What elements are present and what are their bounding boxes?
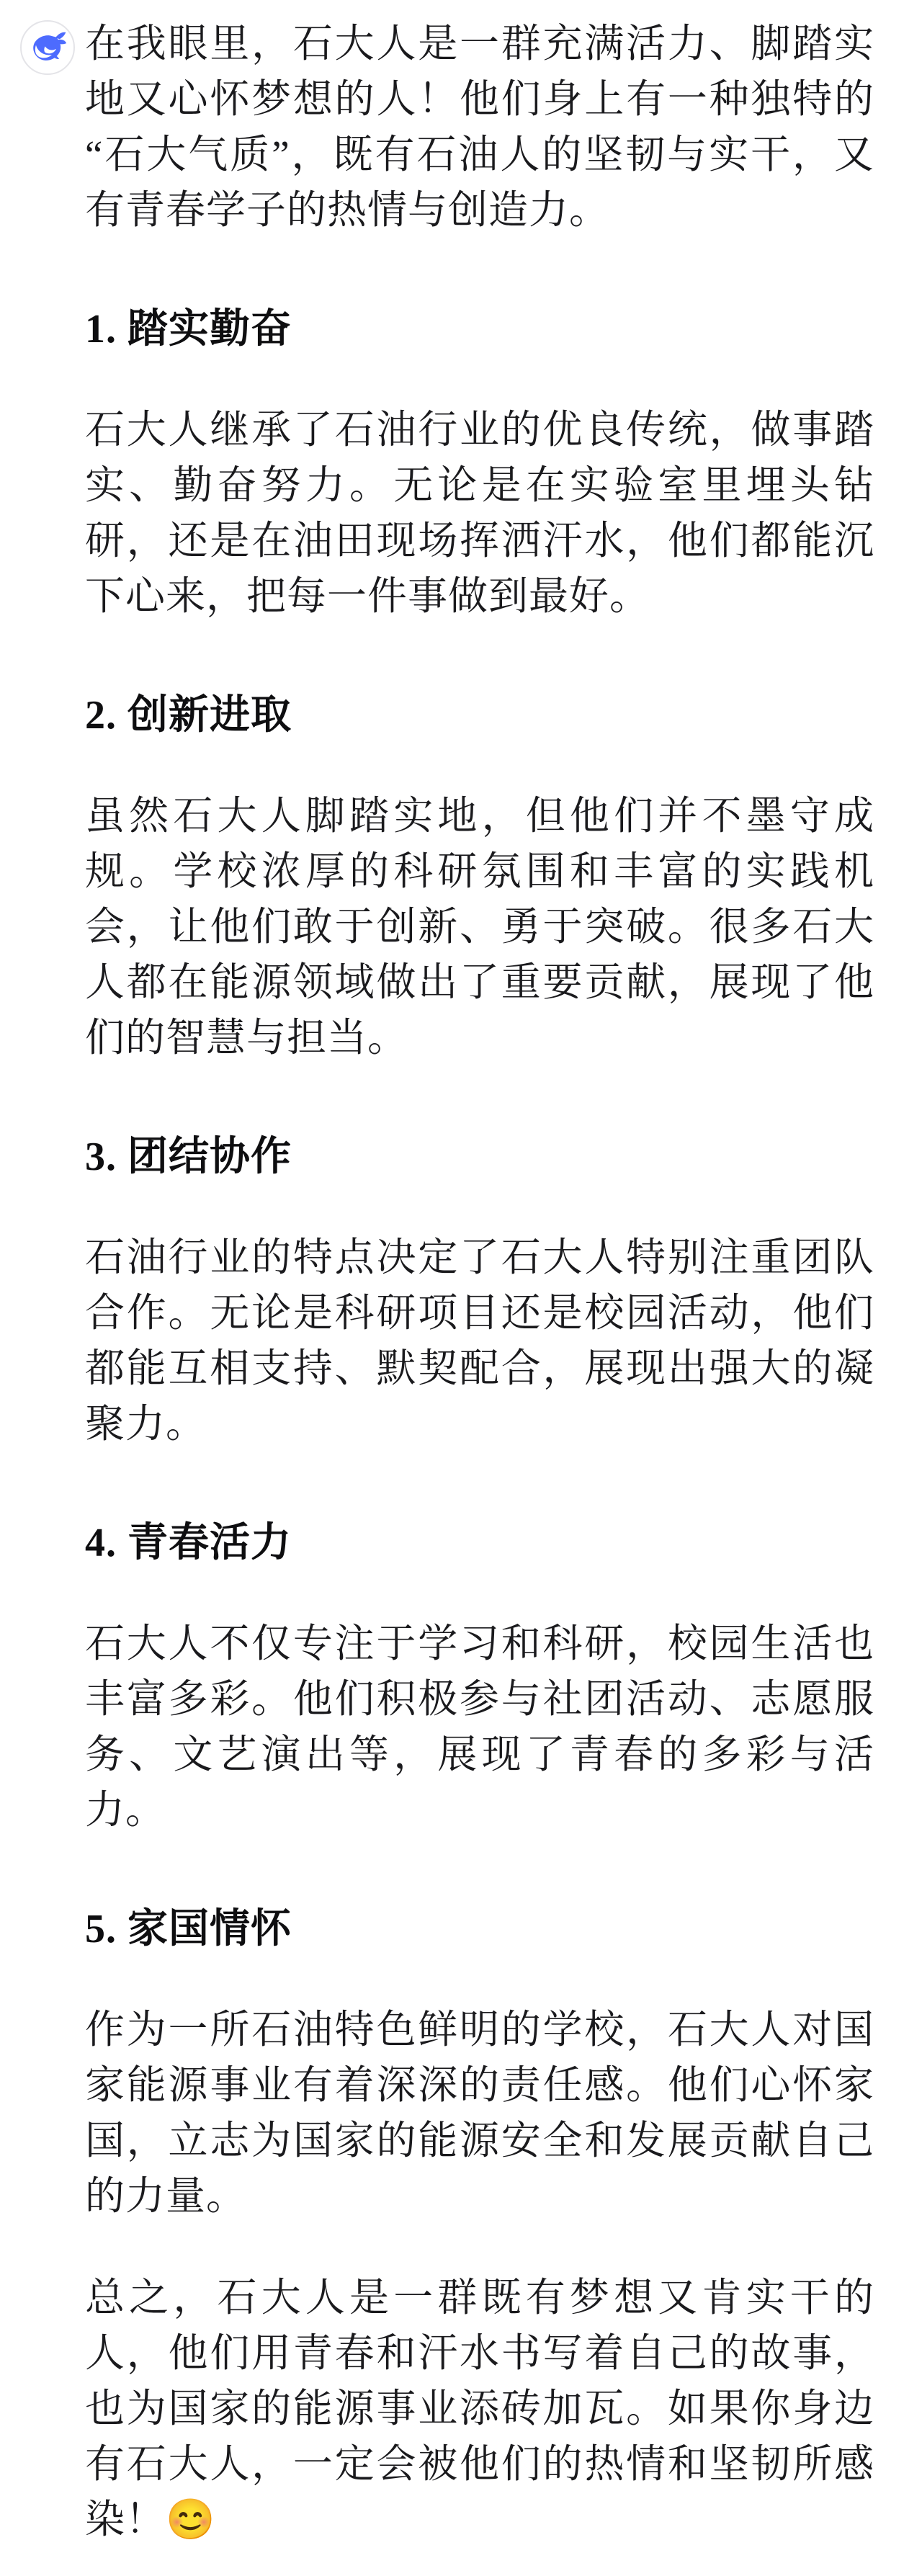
section-heading: 1. 踏实勤奋 xyxy=(85,304,874,354)
message-paragraph: 虽然石大人脚踏实地，但他们并不墨守成规。学校浓厚的科研氛围和丰富的实践机会，让他… xyxy=(85,788,874,1065)
chat-page: 在我眼里，石大人是一群充满活力、脚踏实地又心怀梦想的人！他们身上有一种独特的“石… xyxy=(0,0,922,2576)
message-content: 在我眼里，石大人是一群充满活力、脚踏实地又心怀梦想的人！他们身上有一种独特的“石… xyxy=(85,16,874,2547)
assistant-avatar xyxy=(20,20,75,75)
message-paragraph: 作为一所石油特色鲜明的学校，石大人对国家能源事业有着深深的责任感。他们心怀家国，… xyxy=(85,2002,874,2224)
assistant-message: 在我眼里，石大人是一群充满活力、脚踏实地又心怀梦想的人！他们身上有一种独特的“石… xyxy=(0,0,922,2576)
message-paragraph: 在我眼里，石大人是一群充满活力、脚踏实地又心怀梦想的人！他们身上有一种独特的“石… xyxy=(85,16,874,238)
message-paragraph: 石大人不仅专注于学习和科研，校园生活也丰富多彩。他们积极参与社团活动、志愿服务、… xyxy=(85,1616,874,1838)
section-heading: 5. 家国情怀 xyxy=(85,1904,874,1954)
section-heading: 3. 团结协作 xyxy=(85,1132,874,1182)
deepseek-whale-icon xyxy=(28,28,67,67)
section-heading: 2. 创新进取 xyxy=(85,690,874,741)
message-paragraph: 石大人继承了石油行业的优良传统，做事踏实、勤奋努力。无论是在实验室里埋头钻研，还… xyxy=(85,402,874,624)
message-paragraph: 总之，石大人是一群既有梦想又肯实干的人，他们用青春和汗水书写着自己的故事，也为国… xyxy=(85,2270,874,2547)
section-heading: 4. 青春活力 xyxy=(85,1518,874,1568)
message-paragraph: 石油行业的特点决定了石大人特别注重团队合作。无论是科研项目还是校园活动，他们都能… xyxy=(85,1230,874,1452)
